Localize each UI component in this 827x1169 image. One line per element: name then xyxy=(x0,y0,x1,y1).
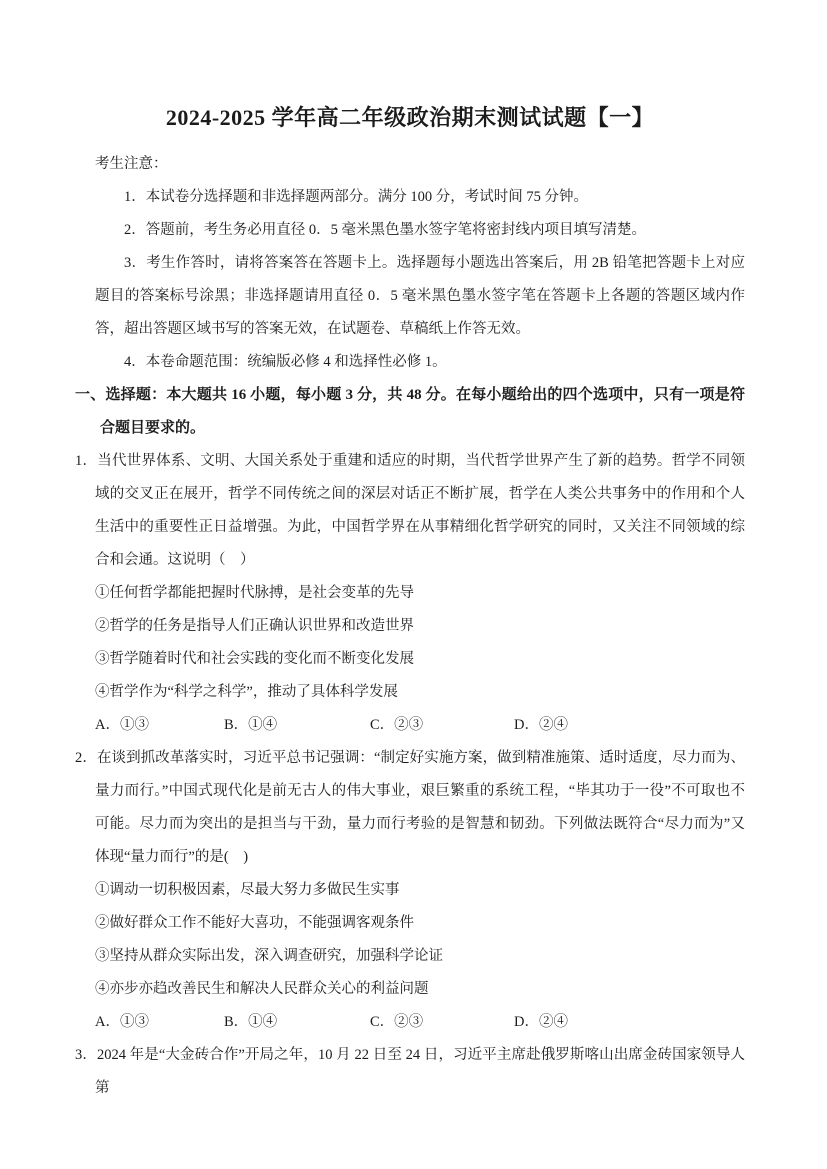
question-1-number: 1． xyxy=(75,453,97,469)
question-3-stem: 3．2024 年是“大金砖合作”开局之年，10 月 22 日至 24 日，习近平… xyxy=(95,1039,745,1105)
question-1-option-4: ④哲学作为“科学之科学”，推动了具体科学发展 xyxy=(95,676,745,709)
question-2-option-3: ③坚持从群众实际出发，深入调查研究，加强科学论证 xyxy=(95,940,745,973)
notice-section: 考生注意： 1．本试卷分选择题和非选择题两部分。满分 100 分，考试时间 75… xyxy=(75,148,745,379)
question-2-choices: A．①③ B．①④ C．②③ D．②④ xyxy=(95,1006,745,1039)
notice-item-2: 2．答题前，考生务必用直径 0．5 毫米黑色墨水签字笔将密封线内项目填写清楚。 xyxy=(95,214,745,247)
question-2-choice-c: C．②③ xyxy=(370,1006,514,1039)
question-2-choice-d: D．②④ xyxy=(514,1006,745,1039)
question-1-choices: A．①③ B．①④ C．②③ D．②④ xyxy=(95,709,745,742)
question-1-choice-c: C．②③ xyxy=(370,709,514,742)
question-3-number: 3． xyxy=(75,1047,97,1063)
notice-item-1: 1．本试卷分选择题和非选择题两部分。满分 100 分，考试时间 75 分钟。 xyxy=(95,181,745,214)
question-1: 1．当代世界体系、文明、大国关系处于重建和适应的时期，当代哲学世界产生了新的趋势… xyxy=(75,445,745,742)
section-heading: 一、选择题：本大题共 16 小题，每小题 3 分，共 48 分。在每小题给出的四… xyxy=(75,379,745,445)
question-2-choice-b: B．①④ xyxy=(224,1006,370,1039)
page-title: 2024-2025 学年高二年级政治期末测试试题【一】 xyxy=(75,100,745,136)
question-1-option-1: ①任何哲学都能把握时代脉搏，是社会变革的先导 xyxy=(95,577,745,610)
question-1-stem: 1．当代世界体系、文明、大国关系处于重建和适应的时期，当代哲学世界产生了新的趋势… xyxy=(95,445,745,577)
question-2-number: 2． xyxy=(75,750,97,766)
question-2-option-4: ④亦步亦趋改善民生和解决人民群众关心的利益问题 xyxy=(95,973,745,1006)
question-2: 2．在谈到抓改革落实时，习近平总书记强调：“制定好实施方案，做到精准施策、适时适… xyxy=(75,742,745,1039)
notice-item-4: 4．本卷命题范围：统编版必修 4 和选择性必修 1。 xyxy=(95,346,745,379)
question-2-stem-text: 在谈到抓改革落实时，习近平总书记强调：“制定好实施方案，做到精准施策、适时适度，… xyxy=(95,750,745,865)
exam-paper-page: 2024-2025 学年高二年级政治期末测试试题【一】 考生注意： 1．本试卷分… xyxy=(0,0,827,1169)
question-3-stem-text: 2024 年是“大金砖合作”开局之年，10 月 22 日至 24 日，习近平主席… xyxy=(95,1047,745,1096)
question-1-stem-text: 当代世界体系、文明、大国关系处于重建和适应的时期，当代哲学世界产生了新的趋势。哲… xyxy=(95,453,745,568)
question-1-choice-b: B．①④ xyxy=(224,709,370,742)
notice-label: 考生注意： xyxy=(95,148,745,181)
notice-item-3: 3．考生作答时，请将答案答在答题卡上。选择题每小题选出答案后，用 2B 铅笔把答… xyxy=(95,247,745,346)
question-1-option-3: ③哲学随着时代和社会实践的变化而不断变化发展 xyxy=(95,643,745,676)
question-2-choice-a: A．①③ xyxy=(95,1006,224,1039)
question-2-stem: 2．在谈到抓改革落实时，习近平总书记强调：“制定好实施方案，做到精准施策、适时适… xyxy=(95,742,745,874)
question-1-choice-d: D．②④ xyxy=(514,709,745,742)
question-1-choice-a: A．①③ xyxy=(95,709,224,742)
question-2-option-1: ①调动一切积极因素，尽最大努力多做民生实事 xyxy=(95,874,745,907)
question-3: 3．2024 年是“大金砖合作”开局之年，10 月 22 日至 24 日，习近平… xyxy=(75,1039,745,1105)
question-2-option-2: ②做好群众工作不能好大喜功，不能强调客观条件 xyxy=(95,907,745,940)
question-1-option-2: ②哲学的任务是指导人们正确认识世界和改造世界 xyxy=(95,610,745,643)
